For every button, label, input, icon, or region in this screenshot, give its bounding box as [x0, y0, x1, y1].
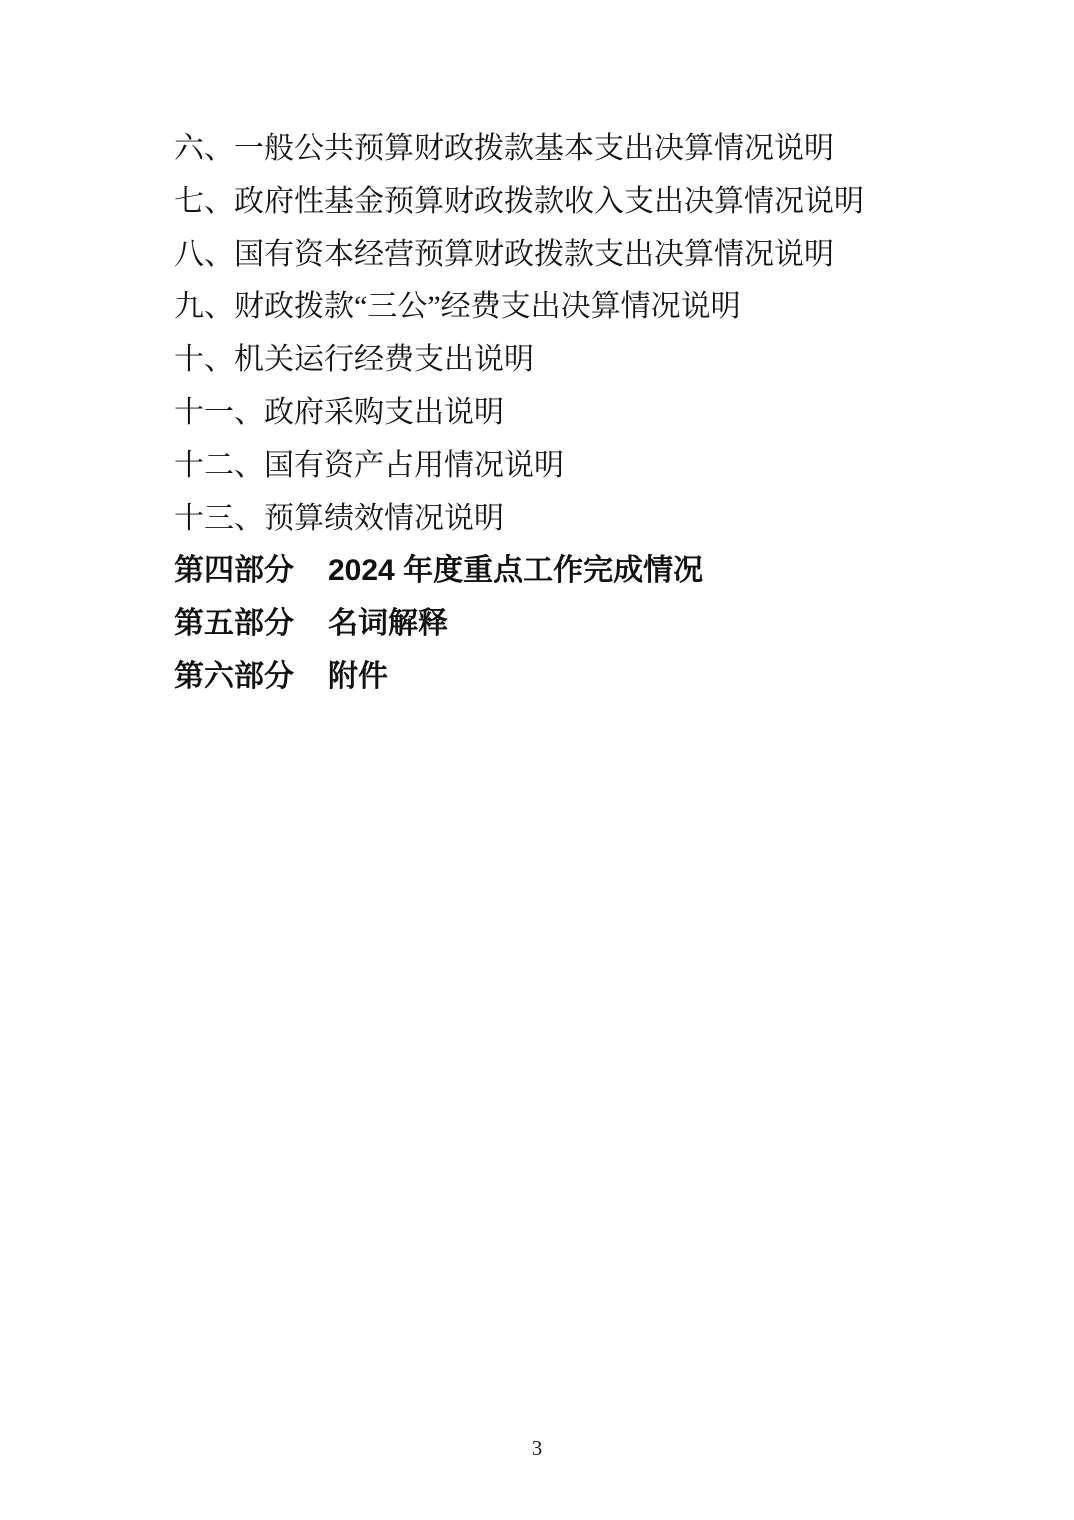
toc-item: 十、机关运行经费支出说明 [174, 334, 1014, 387]
toc-item: 六、一般公共预算财政拨款基本支出决算情况说明 [174, 123, 1014, 176]
section-part-label: 第六部分 [174, 651, 294, 704]
section-heading-part5: 第五部分 名词解释 [174, 598, 1014, 651]
section-part-title: 名词解释 [328, 598, 448, 651]
section-heading-part6: 第六部分 附件 [174, 651, 1014, 704]
page-footer: 3 [0, 1436, 1074, 1461]
section-part-title: 附件 [328, 651, 388, 704]
toc-item: 七、政府性基金预算财政拨款收入支出决算情况说明 [174, 176, 1014, 229]
page-number: 3 [532, 1436, 543, 1460]
toc-item: 九、财政拨款“三公”经费支出决算情况说明 [174, 281, 1014, 334]
toc-item: 十二、国有资产占用情况说明 [174, 440, 1014, 493]
toc-item: 十三、预算绩效情况说明 [174, 493, 1014, 546]
section-part-title: 2024 年度重点工作完成情况 [328, 545, 703, 598]
toc-item: 十一、政府采购支出说明 [174, 387, 1014, 440]
toc-item: 八、国有资本经营预算财政拨款支出决算情况说明 [174, 229, 1014, 282]
section-heading-part4: 第四部分 2024 年度重点工作完成情况 [174, 545, 1014, 598]
section-part-label: 第五部分 [174, 598, 294, 651]
document-page: 六、一般公共预算财政拨款基本支出决算情况说明 七、政府性基金预算财政拨款收入支出… [0, 0, 1074, 1520]
table-of-contents: 六、一般公共预算财政拨款基本支出决算情况说明 七、政府性基金预算财政拨款收入支出… [174, 123, 1014, 704]
section-part-label: 第四部分 [174, 545, 294, 598]
